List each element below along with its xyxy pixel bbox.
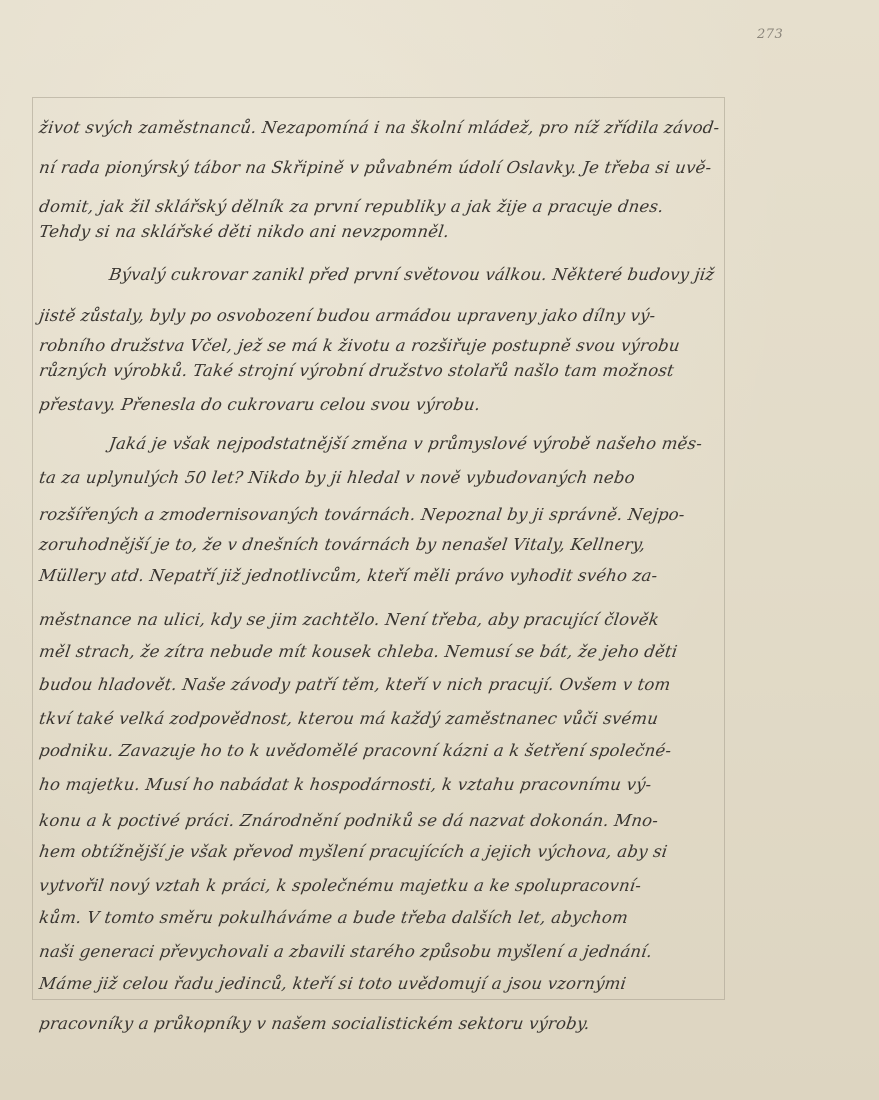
text-line: měl strach, že zítra nebude mít kousek c…	[38, 642, 679, 661]
text-line: rozšířených a zmodernisovaných továrnách…	[38, 505, 686, 524]
text-line: konu a k poctivé práci. Znárodnění podni…	[38, 811, 660, 830]
text-line: Bývalý cukrovar zanikl před první světov…	[38, 265, 716, 284]
text-line: kům. V tomto směru pokulháváme a bude tř…	[38, 908, 629, 927]
text-line: různých výrobků. Také strojní výrobní dr…	[38, 361, 675, 380]
text-line: ní rada pionýrský tábor na Skřipině v pů…	[38, 158, 713, 177]
text-line: zoruhodnější je to, že v dnešních továrn…	[38, 535, 647, 554]
text-line: život svých zaměstnanců. Nezapomíná i na…	[38, 118, 721, 137]
text-line: městnance na ulici, kdy se jim zachtělo.…	[38, 610, 660, 629]
text-line: podniku. Zavazuje ho to k uvědomělé prac…	[38, 741, 673, 760]
text-line: budou hladovět. Naše závody patří těm, k…	[38, 675, 672, 694]
text-line: hem obtížnější je však převod myšlení pr…	[38, 842, 669, 861]
text-line: naši generaci převychovali a zbavili sta…	[38, 942, 654, 961]
text-line: Müllery atd. Nepatří již jednotlivcům, k…	[38, 566, 659, 585]
text-line: vytvořil nový vztah k práci, k společném…	[38, 876, 643, 895]
text-line: robního družstva Včel, jež se má k život…	[38, 336, 681, 355]
text-line: Máme již celou řadu jedinců, kteří si to…	[38, 974, 627, 993]
text-line: pracovníky a průkopníky v našem socialis…	[38, 1014, 591, 1033]
text-line: přestavy. Přenesla do cukrovaru celou sv…	[38, 395, 482, 414]
text-line: ta za uplynulých 50 let? Nikdo by ji hle…	[38, 468, 636, 487]
text-line: ho majetku. Musí ho nabádat k hospodárno…	[38, 775, 653, 794]
manuscript-page: 273 život svých zaměstnanců. Nezapomíná …	[0, 0, 879, 1100]
text-line: Tehdy si na sklářské děti nikdo ani nevz…	[38, 222, 451, 241]
text-line: domit, jak žil sklářský dělník za první …	[38, 197, 665, 216]
page-number: 273	[757, 27, 783, 42]
text-line: tkví také velká zodpovědnost, kterou má …	[38, 709, 660, 728]
text-line: Jaká je však nejpodstatnější změna v prů…	[38, 434, 703, 453]
text-line: jistě zůstaly, byly po osvobození budou …	[38, 306, 657, 325]
